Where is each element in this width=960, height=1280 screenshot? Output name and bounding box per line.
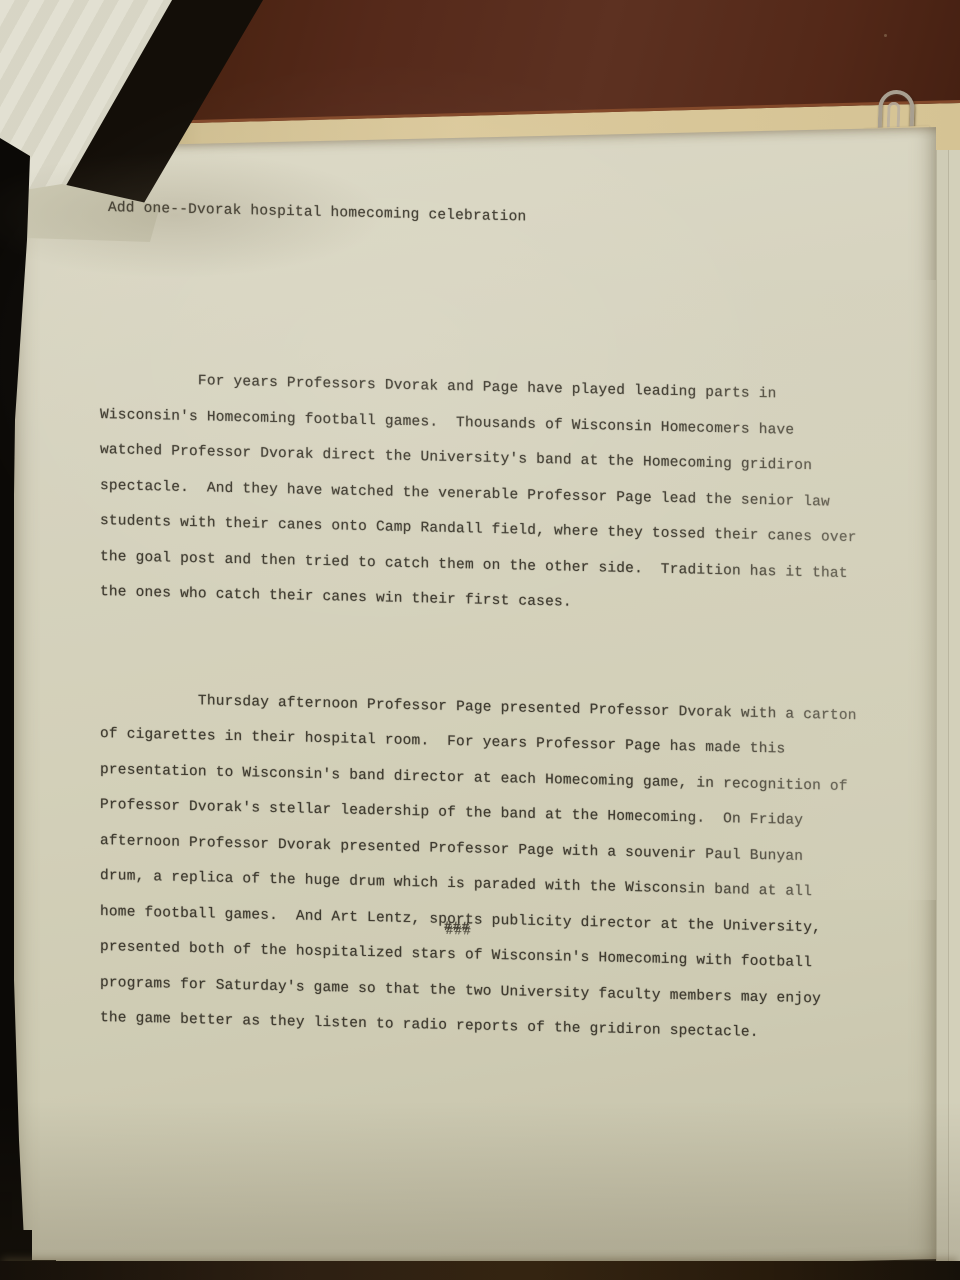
page-stack-edge xyxy=(936,150,960,1280)
photo-of-typed-document: Add one--Dvorak hospital homecoming cele… xyxy=(0,0,960,1280)
document-body: For years Professors Dvorak and Page hav… xyxy=(100,291,934,1126)
dust-speck xyxy=(884,34,887,37)
paragraph-2: Thursday afternoon Professor Page presen… xyxy=(100,682,934,1056)
bottom-page-edge xyxy=(0,1261,960,1280)
paragraph-1: For years Professors Dvorak and Page hav… xyxy=(100,362,934,629)
end-mark: ### xyxy=(444,919,470,935)
